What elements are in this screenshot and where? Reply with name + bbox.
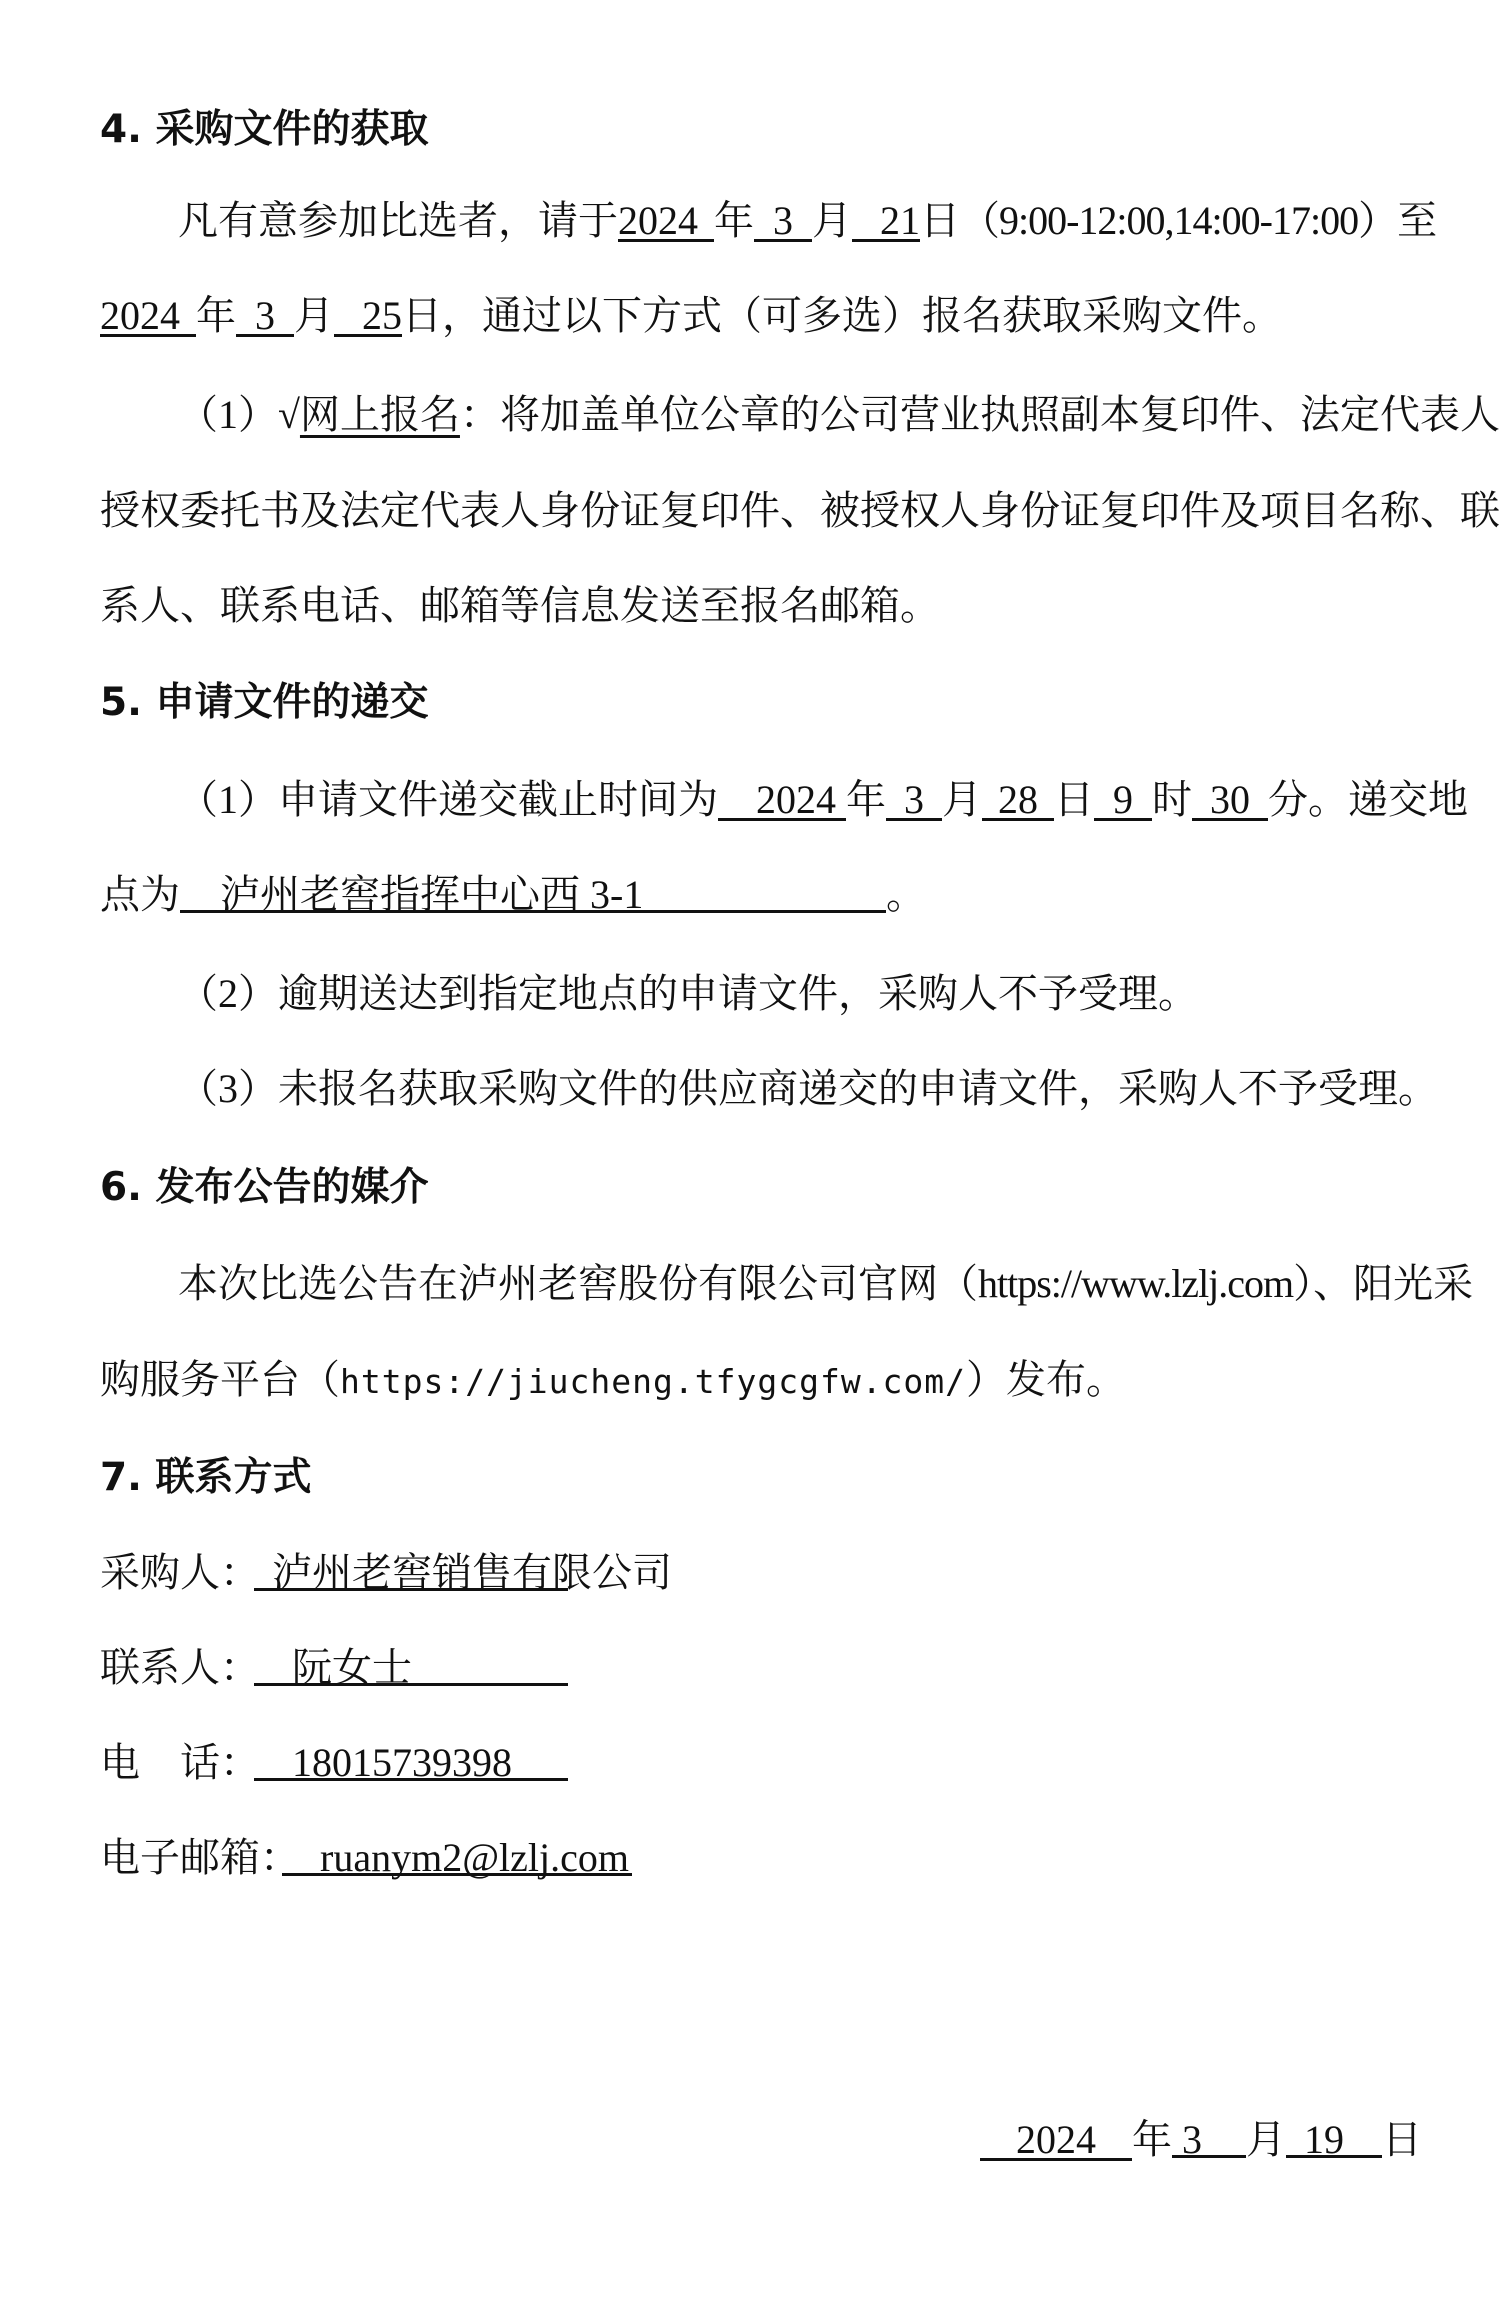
day-unit: 日 — [920, 198, 960, 243]
month-unit: 月 — [812, 198, 852, 243]
platform-text: 购服务平台（ — [100, 1357, 340, 1402]
section-6-line1: 本次比选公告在泸州老窖股份有限公司官网（https://www.lzlj.com… — [178, 1256, 1473, 1312]
day-unit: 日 — [1382, 2117, 1422, 2162]
year-unit: 年 — [714, 198, 754, 243]
deadline-prefix: （1）申请文件递交截止时间为 — [178, 777, 718, 822]
platform-text-suffix: ）发布。 — [966, 1357, 1126, 1402]
contact-person-value: 阮女士 — [254, 1640, 568, 1686]
deadline-hour-field: 9 — [1094, 772, 1152, 821]
location-prefix: 点为 — [100, 872, 180, 917]
section-4-para1-line1: 凡有意参加比选者，请于2024年3月21日（9:00-12:00,14:00-1… — [178, 193, 1436, 249]
item-number: （1） — [178, 392, 278, 437]
document-page: 4. 采购文件的获取 凡有意参加比选者，请于2024年3月21日（9:00-12… — [0, 0, 1500, 2302]
registration-hours: （9:00-12:00,14:00-17:00）至 — [960, 198, 1436, 243]
end-year-field: 2024 — [100, 288, 196, 337]
checkmark-icon: √ — [278, 392, 300, 437]
purchaser-row: 采购人：泸州老窖销售有限公司 — [100, 1545, 568, 1601]
email-value[interactable]: ruanym2@lzlj.com — [282, 1830, 632, 1876]
signature-day-field: 19 — [1286, 2112, 1382, 2158]
section-6-heading: 6. 发布公告的媒介 — [100, 1160, 429, 1216]
deadline-month-field: 3 — [886, 772, 942, 821]
para1-suffix: 日，通过以下方式（可多选）报名获取采购文件。 — [402, 293, 1282, 338]
section-4-para1-line2: 2024年3月25日，通过以下方式（可多选）报名获取采购文件。 — [100, 288, 1282, 344]
month-unit: 月 — [294, 293, 334, 338]
section-4-item1-line1: （1）√网上报名：将加盖单位公章的公司营业执照副本复印件、法定代表人 — [178, 387, 1500, 443]
deadline-day-field: 28 — [982, 772, 1054, 821]
section-4-item1-line3: 系人、联系电话、邮箱等信息发送至报名邮箱。 — [100, 578, 940, 634]
signature-date: 2024年3月19日 — [980, 2112, 1422, 2168]
end-day-field: 25 — [334, 288, 402, 337]
section-4-heading: 4. 采购文件的获取 — [100, 102, 429, 158]
year-unit: 年 — [196, 293, 236, 338]
day-unit: 日 — [1054, 777, 1094, 822]
official-website-link[interactable]: https://www.lzlj.com — [978, 1261, 1293, 1306]
media-text-suffix: ）、阳光采 — [1293, 1261, 1473, 1306]
section-5-item1-line1: （1）申请文件递交截止时间为2024 年3月28日9时30分。递交地 — [178, 772, 1468, 828]
section-5-item3: （3）未报名获取采购文件的供应商递交的申请文件，采购人不予受理。 — [178, 1061, 1438, 1117]
item1-text: ：将加盖单位公章的公司营业执照副本复印件、法定代表人 — [460, 392, 1500, 437]
email-label: 电子邮箱： — [100, 1830, 282, 1886]
start-month-field: 3 — [754, 193, 812, 242]
year-unit: 年 — [1132, 2117, 1172, 2162]
contact-person-row: 联系人：阮女士 — [100, 1640, 568, 1696]
online-registration-label: 网上报名 — [300, 387, 460, 443]
start-year-field: 2024 — [618, 193, 714, 242]
signature-year-field: 2024 — [980, 2112, 1132, 2161]
section-5-heading: 5. 申请文件的递交 — [100, 675, 429, 731]
email-row: 电子邮箱：ruanym2@lzlj.com — [100, 1830, 632, 1886]
year-unit: 年 — [846, 777, 886, 822]
submission-location-field: 泸州老窖指挥中心西 3-1 — [180, 867, 886, 913]
purchaser-label: 采购人： — [100, 1545, 254, 1601]
start-day-field: 21 — [852, 193, 920, 242]
month-unit: 月 — [1246, 2117, 1286, 2162]
phone-value: 18015739398 — [254, 1735, 568, 1781]
procurement-platform-link[interactable]: https://jiucheng.tfygcgfw.com/ — [340, 1362, 966, 1401]
phone-label: 电 话： — [100, 1735, 254, 1791]
section-4-item1-line2: 授权委托书及法定代表人身份证复印件、被授权人身份证复印件及项目名称、联 — [100, 483, 1500, 539]
section-5-item2: （2）逾期送达到指定地点的申请文件，采购人不予受理。 — [178, 966, 1198, 1022]
hour-unit: 时 — [1152, 777, 1192, 822]
phone-row: 电 话：18015739398 — [100, 1735, 568, 1791]
location-suffix: 。 — [886, 872, 926, 917]
month-unit: 月 — [942, 777, 982, 822]
para1-prefix: 凡有意参加比选者，请于 — [178, 198, 618, 243]
signature-month-field: 3 — [1172, 2112, 1246, 2158]
section-6-line2: 购服务平台（https://jiucheng.tfygcgfw.com/）发布。 — [100, 1352, 1126, 1408]
section-7-heading: 7. 联系方式 — [100, 1450, 312, 1506]
minute-unit: 分。递交地 — [1268, 777, 1468, 822]
end-month-field: 3 — [236, 288, 294, 337]
purchaser-value: 泸州老窖销售有限公司 — [254, 1545, 568, 1591]
contact-person-label: 联系人： — [100, 1640, 254, 1696]
media-text: 本次比选公告在泸州老窖股份有限公司官网（ — [178, 1261, 978, 1306]
deadline-minute-field: 30 — [1192, 772, 1268, 821]
section-5-item1-line2: 点为泸州老窖指挥中心西 3-1。 — [100, 867, 926, 923]
deadline-year-field: 2024 — [718, 772, 846, 821]
